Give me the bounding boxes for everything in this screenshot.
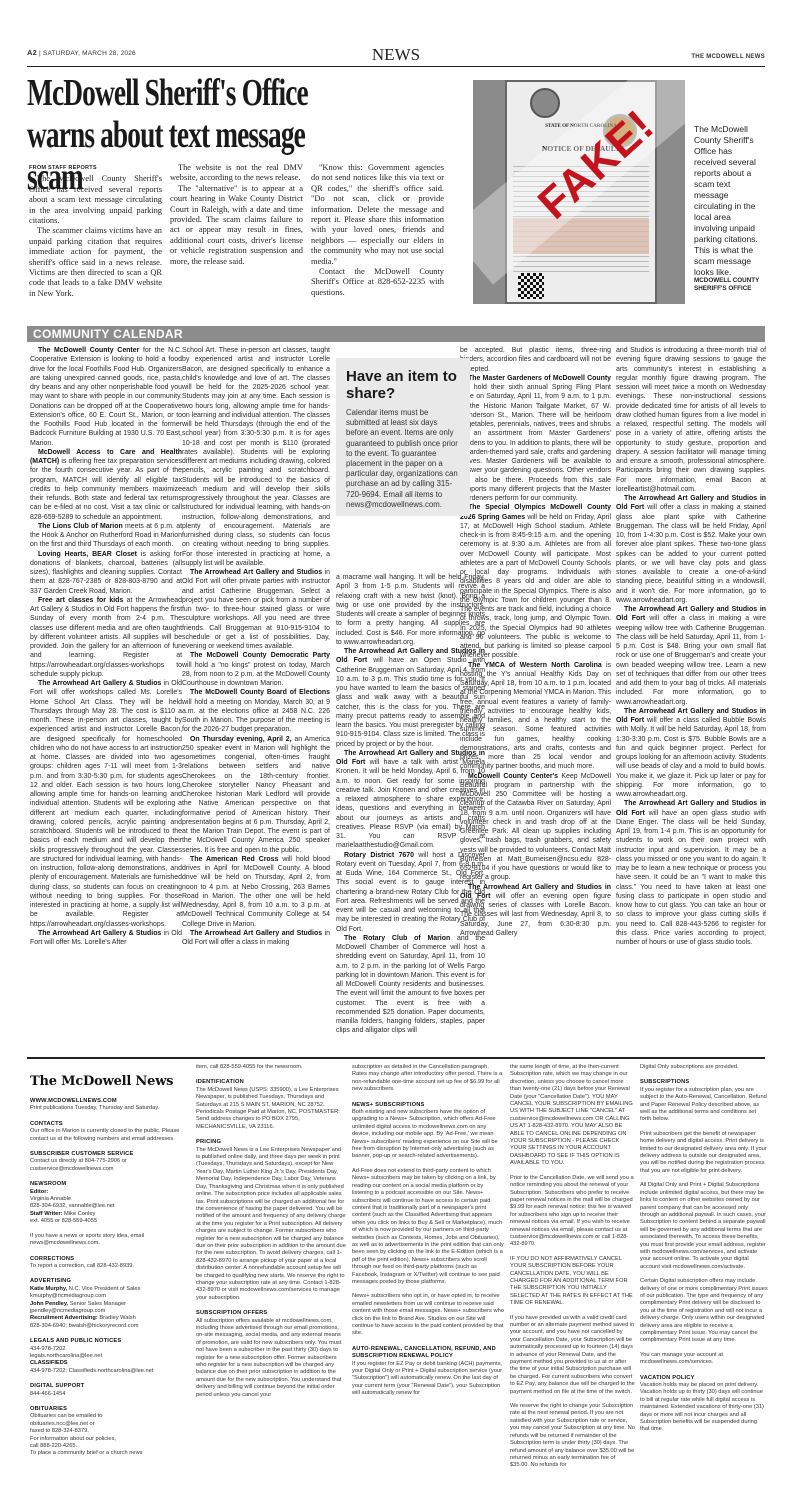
photo-credit: MCDOWELL COUNTY SHERIFF'S OFFICE <box>694 277 774 293</box>
footer-line: Ad-Free does not extend to third-party c… <box>352 1168 504 1287</box>
spacer <box>510 1249 635 1256</box>
infobox-title: Have an item to share? <box>346 368 460 402</box>
footer-line: All Digital Only and Print + Digital Sub… <box>640 1182 768 1271</box>
footer-line: 844-466-1454 <box>30 1391 180 1398</box>
footer-line: Print publications Tuesday, Thursday and… <box>30 1105 180 1112</box>
spacer <box>640 1271 768 1278</box>
footer-rule <box>27 1057 765 1059</box>
footer-line: We reserve the right to change your Subs… <box>510 1403 635 1470</box>
calendar-item: The Arrowhead Art Gallery and Studios in… <box>616 494 766 605</box>
footer-line: faxed to 828-324-8379. <box>30 1428 180 1435</box>
calendar-item-lead: The Rotary Club of Marion <box>344 935 450 942</box>
calendar-item-lead: The American Red Cross <box>190 856 278 863</box>
calendar-item-lead: The Special Olympics McDowell County 202… <box>460 504 611 520</box>
footer-line: 434-978-7202 <box>30 1346 180 1353</box>
footer-line: Both existing and new subscribers have t… <box>352 1109 504 1161</box>
footer-section-heading: WWW.MCDOWELLNEWS.COM <box>30 1098 180 1105</box>
footer-section-heading: OBITUARIES <box>30 1406 180 1413</box>
calendar-item-lead: The Arrowhead Art Gallery and Studios in… <box>460 884 611 900</box>
calendar-header-bar: COMMUNITY CALENDAR <box>27 326 765 342</box>
footer-section-heading: ADVERTISING <box>30 1278 180 1285</box>
footer-line: kmurphy@ncmediagroup.com <box>30 1293 180 1300</box>
footer-line: Prior to the Cancellation Date, we will … <box>510 1175 635 1249</box>
scam-notice-photo: STATE OF NORTH CAROLINA NOTICE OF DEFAUL… <box>473 80 685 304</box>
calendar-item-lead: The Arrowhead Art Gallery and Studios in… <box>616 606 766 622</box>
footer-column-5: Digital Only subscriptions are provided.… <box>640 1064 768 1434</box>
calendar-item-lead: Rotary District 7670 <box>344 852 414 859</box>
footer-line: For information about our policies, <box>30 1436 180 1443</box>
calendar-item-lead: The McDowell County Democratic Party <box>190 652 330 659</box>
spacer <box>352 1286 504 1293</box>
footer-line: All subscription offers available at mcd… <box>196 1318 346 1399</box>
footer-section-heading: SUBSCRIBER CUSTOMER SERVICE <box>30 1151 180 1158</box>
calendar-item: The American Red Cross will hold blood d… <box>182 855 330 929</box>
spacer <box>510 1308 635 1315</box>
calendar-item-lead: The Arrowhead Art Gallery and Studios <box>190 569 322 576</box>
footer-column-1: WWW.MCDOWELLNEWS.COMPrint publications T… <box>30 1090 180 1458</box>
footer-line: The McDowell News (USPS: 335900), a Lee … <box>196 1087 346 1131</box>
qr-code-icon <box>518 273 544 299</box>
calendar-item: McDowell Access to Care and Health (MATC… <box>30 448 182 522</box>
footer-line: Vacation holds may be placed on print de… <box>640 1382 768 1434</box>
calendar-item-lead: The Arrowhead Art Gallery and Studios in… <box>616 495 766 511</box>
newspaper-masthead: The McDowell News <box>30 1074 173 1089</box>
spacer <box>30 1226 180 1233</box>
footer-line: jpendley@ncmediagroup.com <box>30 1308 180 1315</box>
calendar-item-lead: The McDowell County Board of Elections <box>190 689 330 696</box>
section-name: NEWS <box>0 45 792 65</box>
footer-line: The McDowell News is a Lee Enterprises N… <box>196 1147 346 1303</box>
spacer <box>640 1345 768 1352</box>
footer-line: To report a correction, call 828-432-893… <box>30 1263 180 1270</box>
calendar-item-lead: The Master Gardeners of McDowell County <box>468 375 611 382</box>
calendar-item: McDowell County Center's Keep McDowell B… <box>460 772 611 883</box>
footer-column-4: the same length of time, at the then-cur… <box>510 1064 635 1470</box>
story-paragraph: The "alternative" is to appear at a cour… <box>170 184 303 267</box>
calendar-column-1: The McDowell County Center for the N.C. … <box>30 346 182 947</box>
calendar-item-lead: The Arrowhead Art Gallery and Studios in… <box>616 800 766 816</box>
page-margin <box>0 0 792 46</box>
footer-line: Certain Digital subscription offers may … <box>640 1278 768 1345</box>
footer-line: Digital Only subscriptions are provided. <box>640 1064 768 1071</box>
calendar-item: Loving Hearts, BEAR Closet is asking for… <box>30 550 182 596</box>
calendar-item-lead: McDowell County Center's <box>468 773 558 780</box>
story-column-2: The website is not the real DMV website,… <box>170 163 303 299</box>
footer-section-heading: SUBSCRIPTION OFFERS <box>196 1310 346 1317</box>
calendar-item-lead: The Arrowhead Art Gallery & Studios <box>38 930 161 937</box>
footer-line: call 888-220-4265. <box>30 1443 180 1450</box>
footer-column-3: subscription as detailed in the Cancella… <box>352 1064 504 1398</box>
calendar-item: The Arrowhead Art Gallery and Studios in… <box>182 929 330 948</box>
story-paragraph: The website is not the real DMV website,… <box>170 163 303 184</box>
footer-section-heading: SUBSCRIPTIONS <box>640 1079 768 1086</box>
calendar-item: The Arrowhead Art Gallery and Studios in… <box>460 883 611 939</box>
calendar-item: The McDowell County Center for the N.C. … <box>30 346 182 448</box>
spacer <box>510 1168 635 1175</box>
calendar-column-5: and Studios is introducing a three-month… <box>616 346 766 947</box>
submission-info-box: Have an item to share? Calendar items mu… <box>336 358 470 516</box>
footer-line: Virginia Annable <box>30 1196 180 1203</box>
footer-line: item, call 828-559-4055 for the newsroom… <box>196 1064 346 1071</box>
footer-line: Print subscribers get the benefit of new… <box>640 1131 768 1175</box>
footer-section-heading: LEGALS AND PUBLIC NOTICES <box>30 1338 180 1345</box>
calendar-item: The Master Gardeners of McDowell County … <box>460 374 611 504</box>
state-seal-icon <box>530 88 560 118</box>
calendar-item-lead: The Arrowhead Art Gallery and Studios in… <box>616 708 766 724</box>
spacer <box>640 1175 768 1182</box>
calendar-item: The Arrowhead Art Gallery & Studios in O… <box>30 929 182 948</box>
calendar-item-lead: The YMCA of Western North Carolina <box>468 662 602 669</box>
spacer <box>352 1161 504 1168</box>
story-column-1: FROM STAFF REPORTS The McDowell County S… <box>29 163 162 299</box>
footer-section-heading: IDENTIFICATION <box>196 1079 346 1086</box>
footer-line: legals.northcarolina@lee.net <box>30 1353 180 1360</box>
footer-line: Staff Writer: Mike Conley <box>30 1211 180 1218</box>
footer-section-heading: NEWSROOM <box>30 1181 180 1188</box>
calendar-item-lead: McDowell Access to Care and Health (MATC… <box>30 449 182 465</box>
calendar-item: be accepted. But plastic items, three-ri… <box>460 346 611 374</box>
calendar-item: The YMCA of Western North Carolina is ho… <box>460 661 611 772</box>
footer-section-heading: CORRECTIONS <box>30 1256 180 1263</box>
byline: FROM STAFF REPORTS <box>29 163 162 173</box>
footer-line: If you register for a subscription plan,… <box>640 1087 768 1124</box>
calendar-item: The Arrowhead Art Gallery and Studios in… <box>616 605 766 707</box>
calendar-item-lead: The Arrowhead Art Gallery and Studios <box>190 930 322 937</box>
calendar-item: The Arrowhead Art Gallery & Studios in O… <box>30 679 182 929</box>
calendar-item: School Art. These in-person art classes,… <box>182 346 330 568</box>
photo-cutline: The McDowell County Sheriff's Office has… <box>694 124 766 278</box>
footer-line: If you have provided us with a valid cre… <box>510 1315 635 1396</box>
story-column-3: "Know this: Government agencies do not s… <box>311 163 444 299</box>
footer-line: You can manage your account at mcdowelln… <box>640 1352 768 1367</box>
footer-line: obituaries.ncc@lee.net or <box>30 1421 180 1428</box>
footer-line: Contact us directly at 804-775-2906 or c… <box>30 1158 180 1173</box>
calendar-item: The Arrowhead Art Gallery and Studios in… <box>182 568 330 651</box>
footer-line: To place a community brief or a church n… <box>30 1450 180 1457</box>
calendar-column-2: School Art. These in-person art classes,… <box>182 346 330 947</box>
footer-line: Our office in Marion is currently closed… <box>30 1128 180 1143</box>
calendar-item-lead: The Lions Club of Marion <box>38 523 123 530</box>
header-rule <box>27 66 765 67</box>
footer-line: IF YOU DO NOT AFFIRMATIVELY CANCEL YOUR … <box>510 1256 635 1308</box>
calendar-column-4: be accepted. But plastic items, three-ri… <box>460 346 611 938</box>
infobox-text: Calendar items must be submitted at leas… <box>346 408 460 510</box>
calendar-item: The McDowell County Board of Elections w… <box>182 688 330 734</box>
story-paragraph: The scammer claims victims have an unpai… <box>29 226 162 299</box>
calendar-item-lead: Free art classes for kids <box>38 597 123 604</box>
story-paragraph: Contact the McDowell County Sheriff's Of… <box>311 267 444 298</box>
calendar-item: The Arrowhead Art Gallery and Studios in… <box>616 799 766 947</box>
footer-line: 828-304-6932, vannable@lee.net <box>30 1203 180 1210</box>
footer-section-heading: AUTO-RENEWAL, CANCELLATION, REFUND, AND … <box>352 1346 504 1361</box>
calendar-item: The Lions Club of Marion meets at 6 p.m.… <box>30 522 182 550</box>
calendar-item-lead: On Thursday evening, April 2, <box>190 736 292 743</box>
footer-line: ext. 4055 or 828-559-4055 <box>30 1218 180 1225</box>
footer-section-heading: VACATION POLICY <box>640 1375 768 1382</box>
footer-line: the same length of time, at the then-cur… <box>510 1064 635 1168</box>
footer-section-heading: DIGITAL SUPPORT <box>30 1383 180 1390</box>
calendar-item: Free art classes for kids at the Arrowhe… <box>30 596 182 679</box>
footer-line: News+ subscribers who opt in, or have op… <box>352 1293 504 1337</box>
footer-line: If you register for EZ Pay or debit bank… <box>352 1361 504 1398</box>
footer-line: John Pendley, Senior Sales Manager <box>30 1301 180 1308</box>
calendar-item: and Studios is introducing a three-month… <box>616 346 766 494</box>
spacer <box>510 1396 635 1403</box>
calendar-item: The McDowell County Democratic Party wil… <box>182 651 330 688</box>
calendar-item-lead: Loving Hearts, BEAR Closet <box>38 551 137 558</box>
calendar-item: The Rotary Club of Marion and the McDowe… <box>336 934 485 1036</box>
calendar-title: COMMUNITY CALENDAR <box>33 327 183 341</box>
footer-line: subscription as detailed in the Cancella… <box>352 1064 504 1094</box>
calendar-item: The Arrowhead Art Gallery and Studios in… <box>616 707 766 800</box>
footer-line: Obituaries can be emailed to <box>30 1413 180 1420</box>
story-body: FROM STAFF REPORTS The McDowell County S… <box>29 163 444 299</box>
footer-line: Recruitment Advertising: Bradley Walsh <box>30 1315 180 1322</box>
footer-section-heading: PRICING <box>196 1139 346 1146</box>
footer-column-2: item, call 828-559-4055 for the newsroom… <box>196 1064 346 1399</box>
story-paragraph: "Know this: Government agencies do not s… <box>311 163 444 267</box>
footer-section-heading: CONTACTS <box>30 1121 180 1128</box>
footer-line: CLASSIFIEDS <box>30 1360 180 1367</box>
footer-line: 828-304-6940; bwalsh@hickoryrecord.com <box>30 1323 180 1330</box>
footer-line: Katie Murphy, N.C. Vice President of Sal… <box>30 1286 180 1293</box>
calendar-item-lead: The McDowell County Center <box>38 347 139 354</box>
calendar-item: On Thursday evening, April 2, an America… <box>182 735 330 855</box>
calendar-item-lead: The Arrowhead Art Gallery & Studios <box>38 680 161 687</box>
footer-section-heading: NEWS+ SUBSCRIPTIONS <box>352 1102 504 1109</box>
story-paragraph: The McDowell County Sheriff's Office has… <box>29 174 162 226</box>
spacer <box>640 1124 768 1131</box>
footer-line: 434-978-7202; Classifieds.northcarolina@… <box>30 1368 180 1375</box>
footer-line: If you have a news or sports story idea,… <box>30 1233 180 1248</box>
paper-name: THE MCDOWELL NEWS <box>691 54 765 60</box>
footer-line: Editor: <box>30 1189 180 1196</box>
calendar-item: The Special Olympics McDowell County 202… <box>460 503 611 660</box>
